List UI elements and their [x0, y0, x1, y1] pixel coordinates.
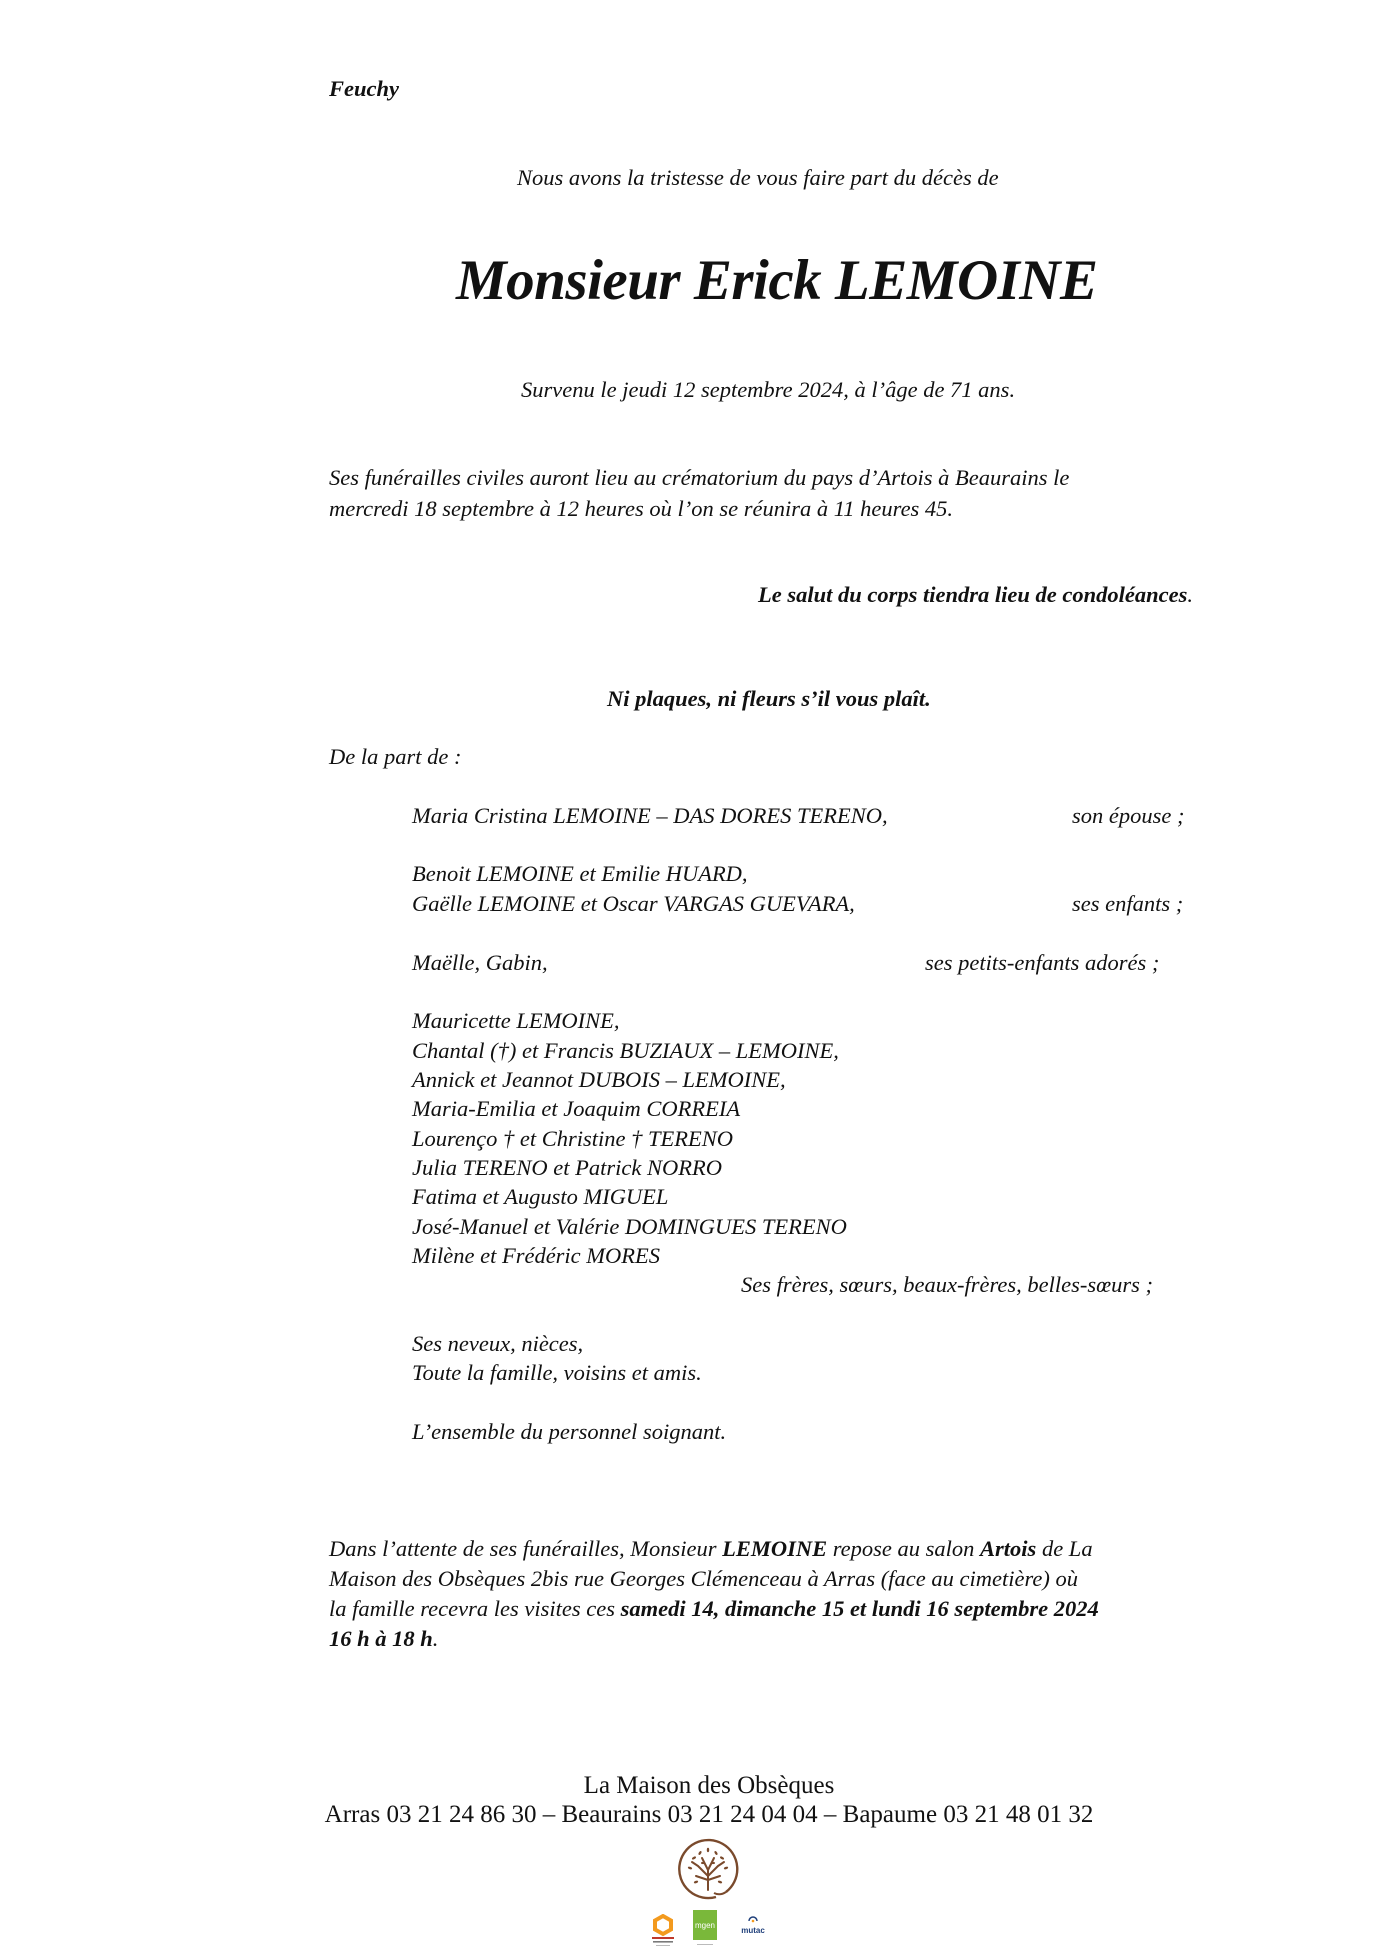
staff-line: L’ensemble du personnel soignant.	[412, 1421, 726, 1444]
visitation-dates: samedi 14, dimanche 15 et lundi 16 septe…	[621, 1596, 1099, 1621]
company-name: La Maison des Obsèques	[0, 1773, 1378, 1798]
intro-text: Nous avons la tristesse de vous faire pa…	[517, 167, 999, 190]
others-line: Ses neveux, nièces,	[412, 1333, 583, 1356]
company-phones: Arras 03 21 24 86 30 – Beaurains 03 21 2…	[0, 1802, 1378, 1827]
deceased-name: Monsieur Erick LEMOINE	[456, 252, 1097, 309]
sibling-name: Annick et Jeannot DUBOIS – LEMOINE,	[412, 1069, 786, 1092]
condolences-note: Le salut du corps tiendra lieu de condol…	[758, 584, 1193, 607]
sibling-name: Mauricette LEMOINE,	[412, 1010, 619, 1033]
children-relation: ses enfants ;	[1072, 893, 1183, 916]
visitation-salon: Artois	[980, 1536, 1036, 1561]
location: Feuchy	[329, 78, 399, 101]
svg-text:mutac: mutac	[741, 1926, 765, 1935]
spouse-name: Maria Cristina LEMOINE – DAS DORES TEREN…	[412, 805, 888, 828]
sibling-name: Chantal (†) et Francis BUZIAUX – LEMOINE…	[412, 1040, 839, 1063]
sibling-name: Milène et Frédéric MORES	[412, 1245, 660, 1268]
child-name: Gaëlle LEMOINE et Oscar VARGAS GUEVARA,	[412, 893, 855, 916]
visitation-line-2: Maison des Obsèques 2bis rue Georges Clé…	[329, 1568, 1078, 1591]
mgen-logo-icon: mgen	[693, 1910, 717, 1948]
harmonie-mutuelle-logo-icon	[650, 1914, 676, 1948]
child-name: Benoit LEMOINE et Emilie HUARD,	[412, 863, 748, 886]
visitation-hours: 16 h à 18 h	[329, 1626, 433, 1651]
sibling-name: Julia TERENO et Patrick NORRO	[412, 1157, 722, 1180]
visitation-text: repose au salon	[827, 1536, 980, 1561]
visitation-text: .	[433, 1626, 439, 1651]
from-label: De la part de :	[329, 746, 461, 769]
mutac-logo-icon: mutac	[736, 1912, 770, 1938]
condolences-period: .	[1187, 582, 1193, 607]
death-info: Survenu le jeudi 12 septembre 2024, à l’…	[521, 379, 1015, 402]
condolences-text: Le salut du corps tiendra lieu de condol…	[758, 582, 1187, 607]
siblings-relation: Ses frères, sœurs, beaux-frères, belles-…	[741, 1274, 1153, 1297]
tree-circle-logo-icon	[676, 1836, 740, 1900]
others-line: Toute la famille, voisins et amis.	[412, 1362, 702, 1385]
visitation-line-1: Dans l’attente de ses funérailles, Monsi…	[329, 1538, 1093, 1561]
visitation-surname: LEMOINE	[722, 1536, 827, 1561]
visitation-text: de La	[1036, 1536, 1092, 1561]
sibling-name: José-Manuel et Valérie DOMINGUES TERENO	[412, 1216, 847, 1239]
sibling-name: Lourenço † et Christine † TERENO	[412, 1128, 733, 1151]
sibling-name: Maria-Emilia et Joaquim CORREIA	[412, 1098, 740, 1121]
no-flowers-note: Ni plaques, ni fleurs s’il vous plaît.	[607, 688, 931, 711]
spouse-relation: son épouse ;	[1072, 805, 1184, 828]
visitation-line-3: la famille recevra les visites ces samed…	[329, 1598, 1099, 1621]
visitation-line-4: 16 h à 18 h.	[329, 1628, 438, 1651]
funeral-line-2: mercredi 18 septembre à 12 heures où l’o…	[329, 498, 953, 521]
visitation-text: la famille recevra les visites ces	[329, 1596, 621, 1621]
funeral-line-1: Ses funérailles civiles auront lieu au c…	[329, 467, 1069, 490]
svg-text:mgen: mgen	[695, 1921, 715, 1930]
sibling-name: Fatima et Augusto MIGUEL	[412, 1186, 668, 1209]
grandchildren-relation: ses petits-enfants adorés ;	[925, 952, 1159, 975]
grandchildren-names: Maëlle, Gabin,	[412, 952, 548, 975]
visitation-text: Dans l’attente de ses funérailles, Monsi…	[329, 1536, 722, 1561]
